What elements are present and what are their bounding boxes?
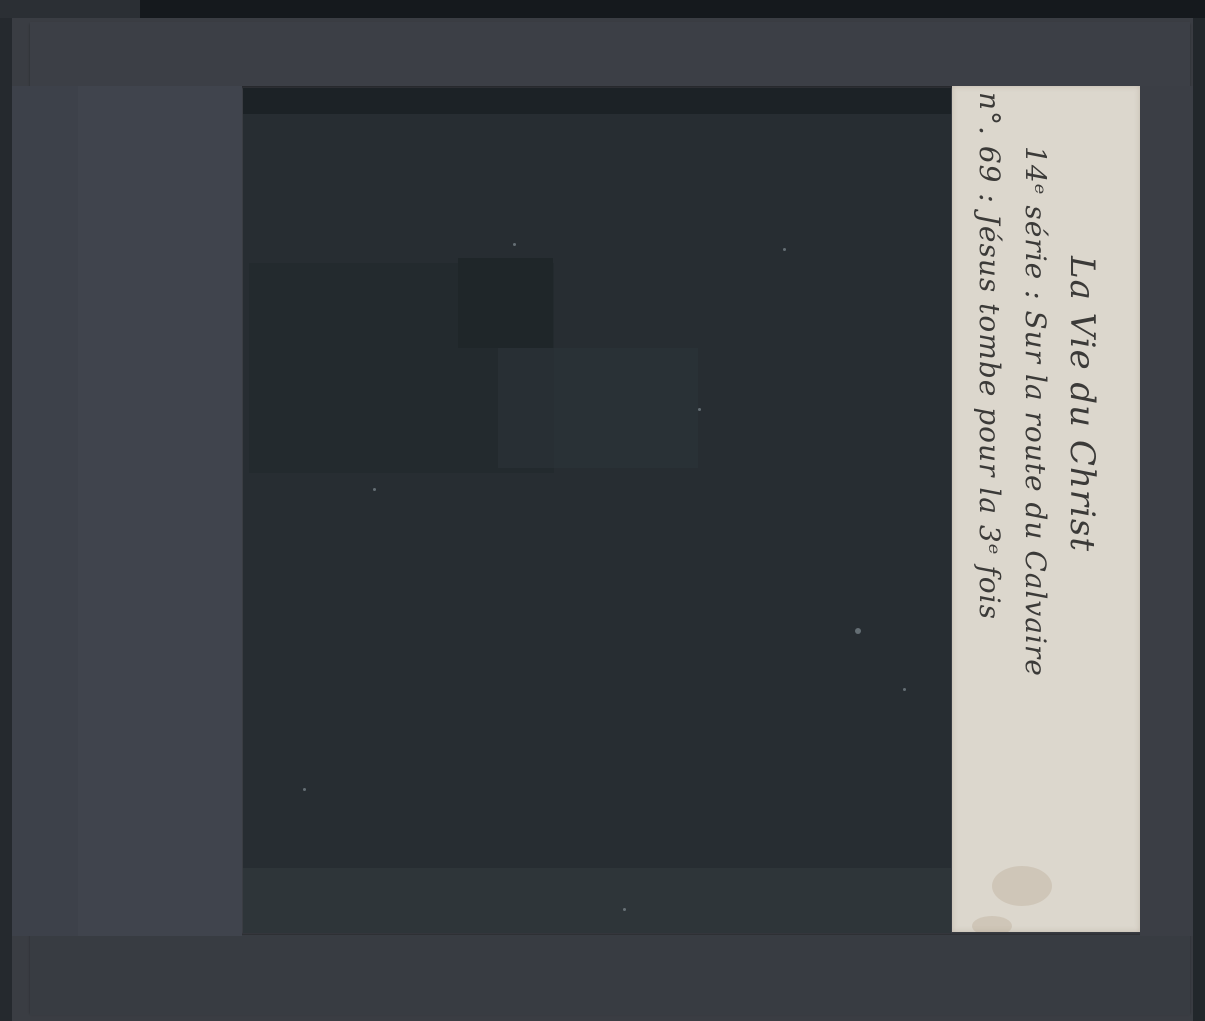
- image-ground: [243, 868, 951, 933]
- mask-strip-left: [78, 86, 242, 936]
- mount-left-edge: [0, 18, 12, 1021]
- handwritten-label: La Vie du Christ 14ᵉ série : Sur la rout…: [952, 86, 1140, 932]
- dust-speck: [303, 788, 306, 791]
- image-top-band: [243, 88, 951, 114]
- mount-right-edge: [1193, 18, 1205, 1021]
- dust-speck: [855, 628, 861, 634]
- binding-tape-top: [30, 22, 1190, 86]
- dust-speck: [513, 243, 516, 246]
- label-number: n°. 69 : Jésus tombe pour la 3ᵉ fois: [973, 92, 1006, 620]
- image-mid-tone: [498, 348, 698, 468]
- slide-image: [243, 88, 951, 933]
- binding-tape-right: [1140, 86, 1193, 936]
- label-text-block: La Vie du Christ 14ᵉ série : Sur la rout…: [952, 86, 1140, 932]
- binding-tape-bottom: [30, 935, 1190, 1015]
- image-dark-block: [458, 258, 553, 348]
- dust-speck: [623, 908, 626, 911]
- dust-speck: [783, 248, 786, 251]
- dust-speck: [698, 408, 701, 411]
- dust-speck: [373, 488, 376, 491]
- label-title: La Vie du Christ: [1062, 256, 1102, 552]
- label-series: 14ᵉ série : Sur la route du Calvaire: [1019, 146, 1052, 677]
- background-edge: [140, 0, 1205, 18]
- dust-speck: [903, 688, 906, 691]
